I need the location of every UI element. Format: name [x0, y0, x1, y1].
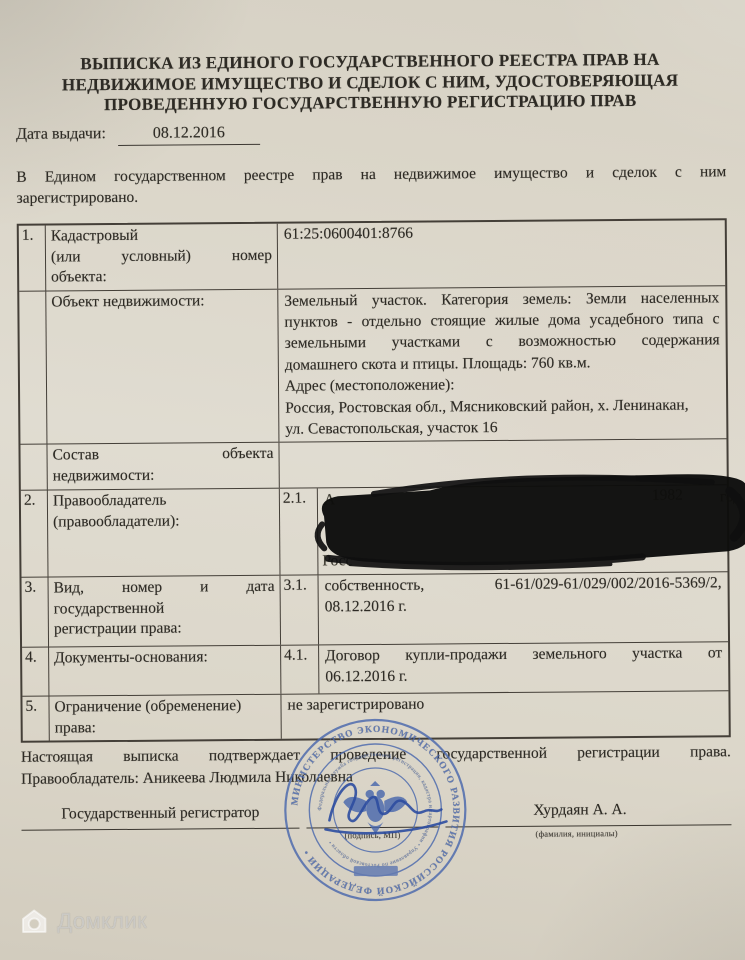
row-label: Ограничение (обременение) права: [49, 695, 281, 741]
table-row-object-composition: Составобъекта недвижимости: [20, 439, 726, 491]
issue-date-value: 08.12.2016 [118, 124, 260, 146]
row-label: Документы-основания: [49, 646, 281, 696]
issue-date-label: Дата выдачи: [16, 125, 106, 144]
redacted-fragment: 1982 [652, 486, 683, 507]
redacted-fragment: год [720, 487, 741, 508]
row-label: Объект недвижимости: [46, 289, 279, 444]
row-label: Кадастровый (илиусловный)номер объекта: [46, 224, 278, 290]
table-row-property-object: Объект недвижимости: Земельныйучасток.Ка… [19, 285, 726, 444]
row-number: 3. [22, 578, 50, 647]
registrar-name: Хурдаян А. А. [445, 800, 731, 827]
document-title: ВЫПИСКА ИЗ ЕДИНОГО ГОСУДАРСТВЕННОГО РЕЕС… [37, 49, 702, 116]
row-number [19, 291, 47, 444]
row-value: Договоркупли-продажиземельногоучасткаот … [319, 643, 728, 694]
watermark: Домклик [20, 907, 147, 936]
table-row-basis-documents: 4. Документы-основания: 4.1. Договоркупл… [22, 642, 728, 697]
row-number: 5. [22, 697, 49, 741]
intro-paragraph: ВЕдиномгосударственномреестреправнанедви… [16, 161, 726, 209]
row-number [20, 445, 47, 490]
registrar-signature [319, 769, 452, 842]
row-label: Правообладатель (правообладатели): [48, 489, 281, 577]
row-subnumber: 4.1. [281, 646, 319, 694]
registry-table: 1. Кадастровый (илиусловный)номер объект… [17, 218, 731, 743]
row-subnumber: 3.1. [281, 576, 320, 645]
issue-date-row: Дата выдачи: 08.12.2016 [16, 124, 260, 147]
table-row-right-type: 3. Вид,номеридата государственной регист… [22, 572, 729, 648]
redacted-fragment: Росс [322, 552, 352, 573]
domklik-logo-icon [20, 908, 48, 936]
watermark-label: Домклик [57, 908, 147, 935]
intro-line-2: зарегистрировано. [16, 182, 726, 209]
name-caption: (фамилия, инициалы) [445, 825, 731, 839]
row-value: 61:25:0600401:8766 [278, 220, 725, 288]
row-value-redacted: А 1982 год Росс [318, 486, 728, 575]
document-photo: ВЫПИСКА ИЗ ЕДИНОГО ГОСУДАРСТВЕННОГО РЕЕС… [0, 0, 745, 960]
row-number: 2. [21, 491, 49, 577]
row-label: Составобъекта недвижимости: [47, 443, 279, 490]
row-value [279, 440, 726, 489]
row-subnumber: 2.1. [280, 489, 319, 575]
stamp-number-box [354, 866, 398, 876]
row-value: собственность,61-61/029-61/029/002/2016-… [319, 573, 729, 645]
registrar-label: Государственный регистратор [21, 804, 299, 831]
row-value: Земельныйучасток.Категорияземель:Землина… [278, 286, 726, 442]
row-number: 1. [19, 226, 47, 291]
row-label: Вид,номеридата государственной регистрац… [49, 576, 282, 647]
redacted-fragment: А [324, 491, 335, 512]
table-row-rightholder: 2. Правообладатель (правообладатели): 2.… [21, 485, 728, 578]
row-number: 4. [22, 648, 49, 696]
table-row-cadastral-number: 1. Кадастровый (илиусловный)номер объект… [19, 220, 725, 290]
